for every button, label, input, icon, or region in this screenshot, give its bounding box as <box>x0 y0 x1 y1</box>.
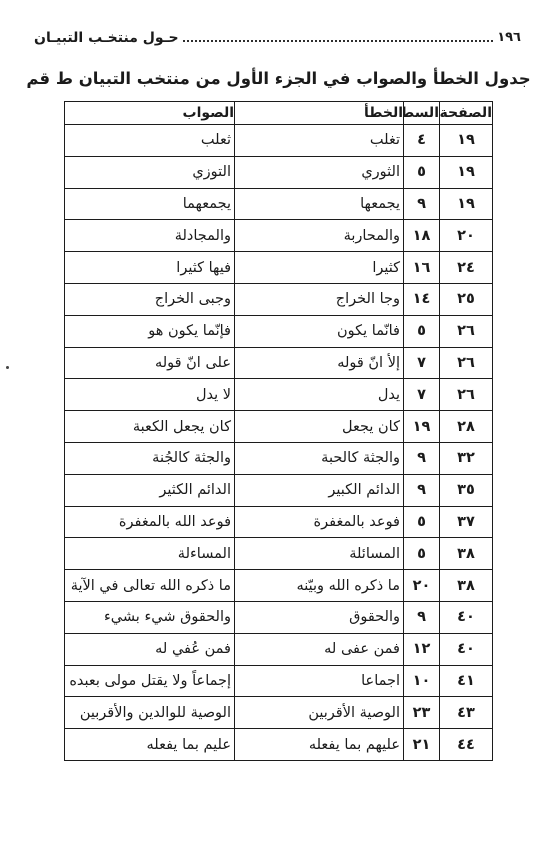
cell-error: والجثة كالحبة <box>235 442 404 474</box>
cell-line: ٥ <box>404 315 440 347</box>
cell-error: يدل <box>235 379 404 411</box>
cell-error: الوصية الأقربين <box>235 697 404 729</box>
table-row: ٣٨٢٠ما ذكره الله وبيّنهما ذكره الله تعال… <box>65 570 493 602</box>
table-row: ٣٧٥فوعد بالمغفرةفوعد الله بالمغفرة <box>65 506 493 538</box>
cell-error: فمن عفى له <box>235 633 404 665</box>
errata-table-body: ١٩٤تغلبثعلب١٩٥الثوريالتوزي١٩٩يجمعهايجمعه… <box>65 125 493 761</box>
column-header-error: الخطأ <box>235 102 404 125</box>
table-row: ٢٤١٦كثيرافيها كثيرا <box>65 252 493 284</box>
cell-correction: والجثة كالجُنة <box>65 442 235 474</box>
cell-correction: التوزي <box>65 156 235 188</box>
cell-error: والحقوق <box>235 601 404 633</box>
cell-page: ٤٠ <box>440 633 493 665</box>
scanned-book-page: ١٩٦ حـول منتخـب التبيـان جدول الخطأ والص… <box>0 0 557 850</box>
cell-correction: لا يدل <box>65 379 235 411</box>
cell-line: ٢٠ <box>404 570 440 602</box>
scan-artifact-dot <box>6 366 9 369</box>
column-header-line: السطر <box>404 102 440 125</box>
cell-error: عليهم بما يفعله <box>235 729 404 761</box>
cell-page: ١٩ <box>440 188 493 220</box>
cell-page: ٢٤ <box>440 252 493 284</box>
cell-correction: والحقوق شيء بشيء <box>65 601 235 633</box>
cell-line: ٩ <box>404 474 440 506</box>
cell-page: ٢٦ <box>440 347 493 379</box>
cell-error: كان يجعل <box>235 411 404 443</box>
cell-page: ٣٨ <box>440 570 493 602</box>
cell-correction: ما ذكره الله تعالى في الآية وبيّنه <box>65 570 235 602</box>
cell-correction: والمجادلة <box>65 220 235 252</box>
cell-error: الثوري <box>235 156 404 188</box>
cell-page: ٢٨ <box>440 411 493 443</box>
table-row: ٤٣٢٣الوصية الأقربينالوصية للوالدين والأق… <box>65 697 493 729</box>
cell-error: فوعد بالمغفرة <box>235 506 404 538</box>
cell-error: تغلب <box>235 125 404 157</box>
cell-correction: المساءلة <box>65 538 235 570</box>
table-row: ٢٨١٩كان يجعلكان يجعل الكعبة <box>65 411 493 443</box>
cell-correction: الوصية للوالدين والأقربين <box>65 697 235 729</box>
cell-page: ١٩ <box>440 156 493 188</box>
cell-line: ٢٣ <box>404 697 440 729</box>
cell-correction: يجمعهما <box>65 188 235 220</box>
cell-error: المسائلة <box>235 538 404 570</box>
table-row: ٢٥١٤وجا الخراجوجبى الخراج <box>65 283 493 315</box>
cell-correction: إجماعاً ولا يقتل مولى بعبده <box>65 665 235 697</box>
table-row: ٣٢٩والجثة كالحبةوالجثة كالجُنة <box>65 442 493 474</box>
cell-page: ٤٣ <box>440 697 493 729</box>
table-row: ٣٥٩الدائم الكبيرالدائم الكثير <box>65 474 493 506</box>
page-number: ١٩٦ <box>497 30 521 46</box>
cell-line: ٥ <box>404 506 440 538</box>
cell-page: ٤٤ <box>440 729 493 761</box>
cell-page: ٣٢ <box>440 442 493 474</box>
cell-error: والمحاربة <box>235 220 404 252</box>
cell-correction: ثعلب <box>65 125 235 157</box>
table-row: ١٩٤تغلبثعلب <box>65 125 493 157</box>
table-row: ١٩٥الثوريالتوزي <box>65 156 493 188</box>
column-header-page: الصفحة <box>440 102 493 125</box>
cell-line: ١٢ <box>404 633 440 665</box>
cell-line: ١٦ <box>404 252 440 284</box>
errata-table-header: الصفحة السطر الخطأ الصواب <box>65 102 493 125</box>
cell-correction: فإنّما يكون هو <box>65 315 235 347</box>
table-row: ٢٠١٨والمحاربةوالمجادلة <box>65 220 493 252</box>
table-row: ٣٨٥المسائلةالمساءلة <box>65 538 493 570</box>
errata-table-title: جدول الخطأ والصواب في الجزء الأول من منت… <box>0 69 557 88</box>
cell-correction: الدائم الكثير <box>65 474 235 506</box>
table-row: ٤٠١٢فمن عفى لهفمن عُفي له <box>65 633 493 665</box>
cell-correction: عليم بما يفعله <box>65 729 235 761</box>
cell-error: فانّما يكون <box>235 315 404 347</box>
cell-correction: فوعد الله بالمغفرة <box>65 506 235 538</box>
table-row: ٤٠٩والحقوقوالحقوق شيء بشيء <box>65 601 493 633</box>
cell-correction: فيها كثيرا <box>65 252 235 284</box>
cell-page: ٣٥ <box>440 474 493 506</box>
cell-line: ١٠ <box>404 665 440 697</box>
table-row: ٢٦٧يدللا يدل <box>65 379 493 411</box>
cell-line: ٥ <box>404 156 440 188</box>
dotted-leader <box>183 40 494 42</box>
cell-line: ١٩ <box>404 411 440 443</box>
book-title: حـول منتخـب التبيـان <box>34 30 179 46</box>
cell-error: الدائم الكبير <box>235 474 404 506</box>
cell-error: إلأ انّ قوله <box>235 347 404 379</box>
cell-page: ٣٨ <box>440 538 493 570</box>
table-row: ٢٦٥فانّما يكونفإنّما يكون هو <box>65 315 493 347</box>
cell-error: يجمعها <box>235 188 404 220</box>
cell-line: ٧ <box>404 347 440 379</box>
cell-error: ما ذكره الله وبيّنه <box>235 570 404 602</box>
cell-line: ٩ <box>404 188 440 220</box>
table-row: ٤١١٠اجماعاإجماعاً ولا يقتل مولى بعبده <box>65 665 493 697</box>
cell-page: ٤١ <box>440 665 493 697</box>
cell-page: ٢٦ <box>440 315 493 347</box>
cell-correction: كان يجعل الكعبة <box>65 411 235 443</box>
cell-line: ٩ <box>404 442 440 474</box>
cell-page: ٣٧ <box>440 506 493 538</box>
cell-page: ٢٠ <box>440 220 493 252</box>
cell-line: ١٨ <box>404 220 440 252</box>
cell-error: كثيرا <box>235 252 404 284</box>
header-row: الصفحة السطر الخطأ الصواب <box>65 102 493 125</box>
cell-line: ٧ <box>404 379 440 411</box>
cell-line: ٢١ <box>404 729 440 761</box>
cell-line: ٥ <box>404 538 440 570</box>
cell-page: ٤٠ <box>440 601 493 633</box>
cell-page: ١٩ <box>440 125 493 157</box>
table-row: ٤٤٢١عليهم بما يفعلهعليم بما يفعله <box>65 729 493 761</box>
cell-correction: وجبى الخراج <box>65 283 235 315</box>
errata-table: الصفحة السطر الخطأ الصواب ١٩٤تغلبثعلب١٩٥… <box>64 101 493 761</box>
column-header-correction: الصواب <box>65 102 235 125</box>
cell-line: ١٤ <box>404 283 440 315</box>
cell-page: ٢٥ <box>440 283 493 315</box>
table-row: ٢٦٧إلأ انّ قولهعلى انّ قوله <box>65 347 493 379</box>
cell-line: ٤ <box>404 125 440 157</box>
cell-line: ٩ <box>404 601 440 633</box>
cell-error: وجا الخراج <box>235 283 404 315</box>
cell-error: اجماعا <box>235 665 404 697</box>
table-row: ١٩٩يجمعهايجمعهما <box>65 188 493 220</box>
running-head: ١٩٦ حـول منتخـب التبيـان <box>34 30 521 46</box>
cell-correction: فمن عُفي له <box>65 633 235 665</box>
cell-page: ٢٦ <box>440 379 493 411</box>
cell-correction: على انّ قوله <box>65 347 235 379</box>
